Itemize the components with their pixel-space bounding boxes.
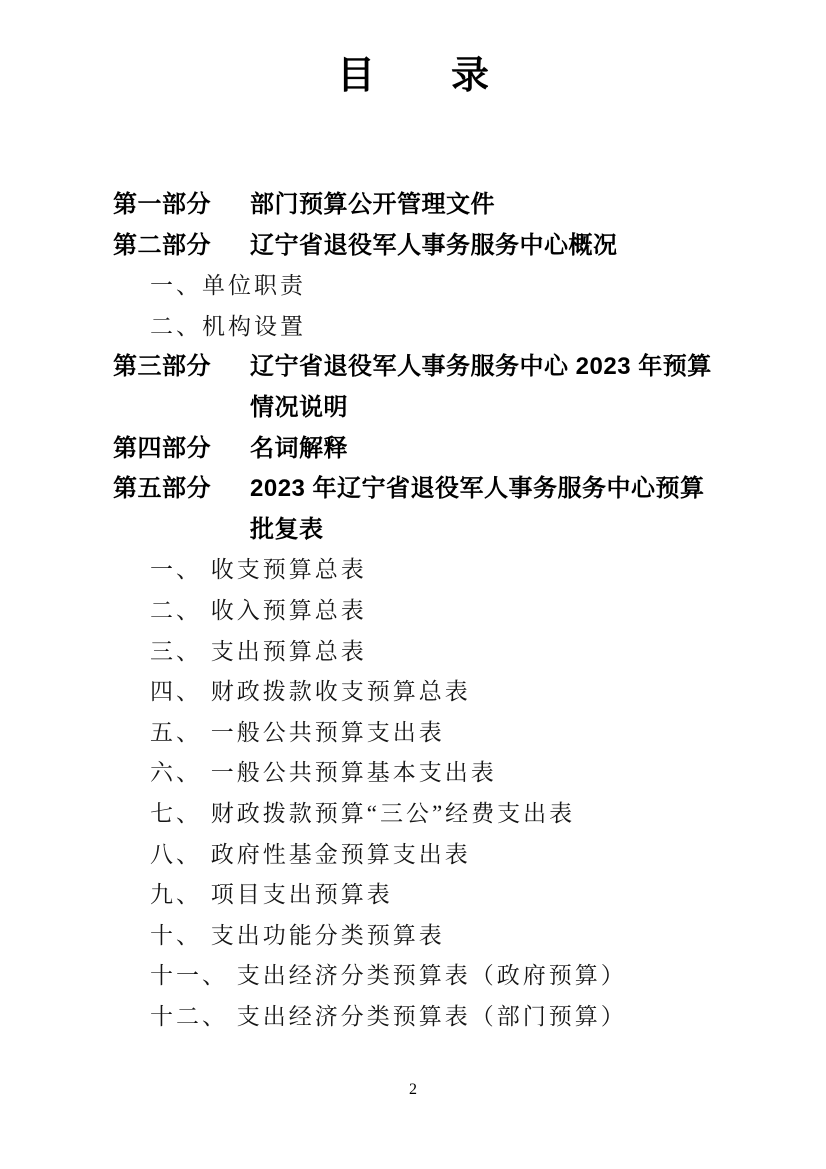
toc-part-2-item: 二、机构设置 (150, 307, 720, 348)
toc-part-2-item: 一、单位职责 (150, 266, 720, 307)
toc-part-5-item: 十、 支出功能分类预算表 (150, 916, 720, 957)
toc-part-2-label: 第二部分 (113, 226, 250, 267)
toc-part-5-item: 六、 一般公共预算基本支出表 (150, 753, 720, 794)
toc-part-5-item: 一、 收支预算总表 (150, 550, 720, 591)
toc: 第一部分 部门预算公开管理文件 第二部分 辽宁省退役军人事务服务中心概况 一、单… (0, 185, 826, 1037)
toc-part-4-label: 第四部分 (113, 429, 250, 470)
document-page: 目 录 第一部分 部门预算公开管理文件 第二部分 辽宁省退役军人事务服务中心概况… (0, 0, 826, 1169)
toc-part-5-item: 八、 政府性基金预算支出表 (150, 835, 720, 876)
toc-part-5-title: 2023 年辽宁省退役军人事务服务中心预算批复表 (250, 469, 720, 550)
toc-part-5: 第五部分 2023 年辽宁省退役军人事务服务中心预算批复表 (113, 469, 720, 550)
toc-part-1-label: 第一部分 (113, 185, 250, 226)
toc-part-5-item: 七、 财政拨款预算“三公”经费支出表 (150, 794, 720, 835)
toc-part-5-item: 二、 收入预算总表 (150, 591, 720, 632)
toc-part-4: 第四部分 名词解释 (113, 429, 720, 470)
toc-part-5-item: 五、 一般公共预算支出表 (150, 713, 720, 754)
toc-part-3: 第三部分 辽宁省退役军人事务服务中心 2023 年预算情况说明 (113, 347, 720, 428)
page-number: 2 (0, 1081, 826, 1099)
toc-part-2: 第二部分 辽宁省退役军人事务服务中心概况 (113, 226, 720, 267)
toc-part-3-title: 辽宁省退役军人事务服务中心 2023 年预算情况说明 (250, 347, 720, 428)
toc-part-3-label: 第三部分 (113, 347, 250, 388)
toc-part-4-title: 名词解释 (250, 429, 720, 470)
toc-part-5-label: 第五部分 (113, 469, 250, 510)
toc-part-5-item: 四、 财政拨款收支预算总表 (150, 672, 720, 713)
toc-part-2-title: 辽宁省退役军人事务服务中心概况 (250, 226, 720, 267)
toc-part-1: 第一部分 部门预算公开管理文件 (113, 185, 720, 226)
toc-part-5-item: 九、 项目支出预算表 (150, 875, 720, 916)
toc-part-5-item: 十一、 支出经济分类预算表（政府预算） (150, 956, 720, 997)
toc-part-1-title: 部门预算公开管理文件 (250, 185, 720, 226)
toc-part-5-item: 十二、 支出经济分类预算表（部门预算） (150, 997, 720, 1038)
page-title: 目 录 (0, 0, 826, 96)
toc-part-5-item: 三、 支出预算总表 (150, 632, 720, 673)
